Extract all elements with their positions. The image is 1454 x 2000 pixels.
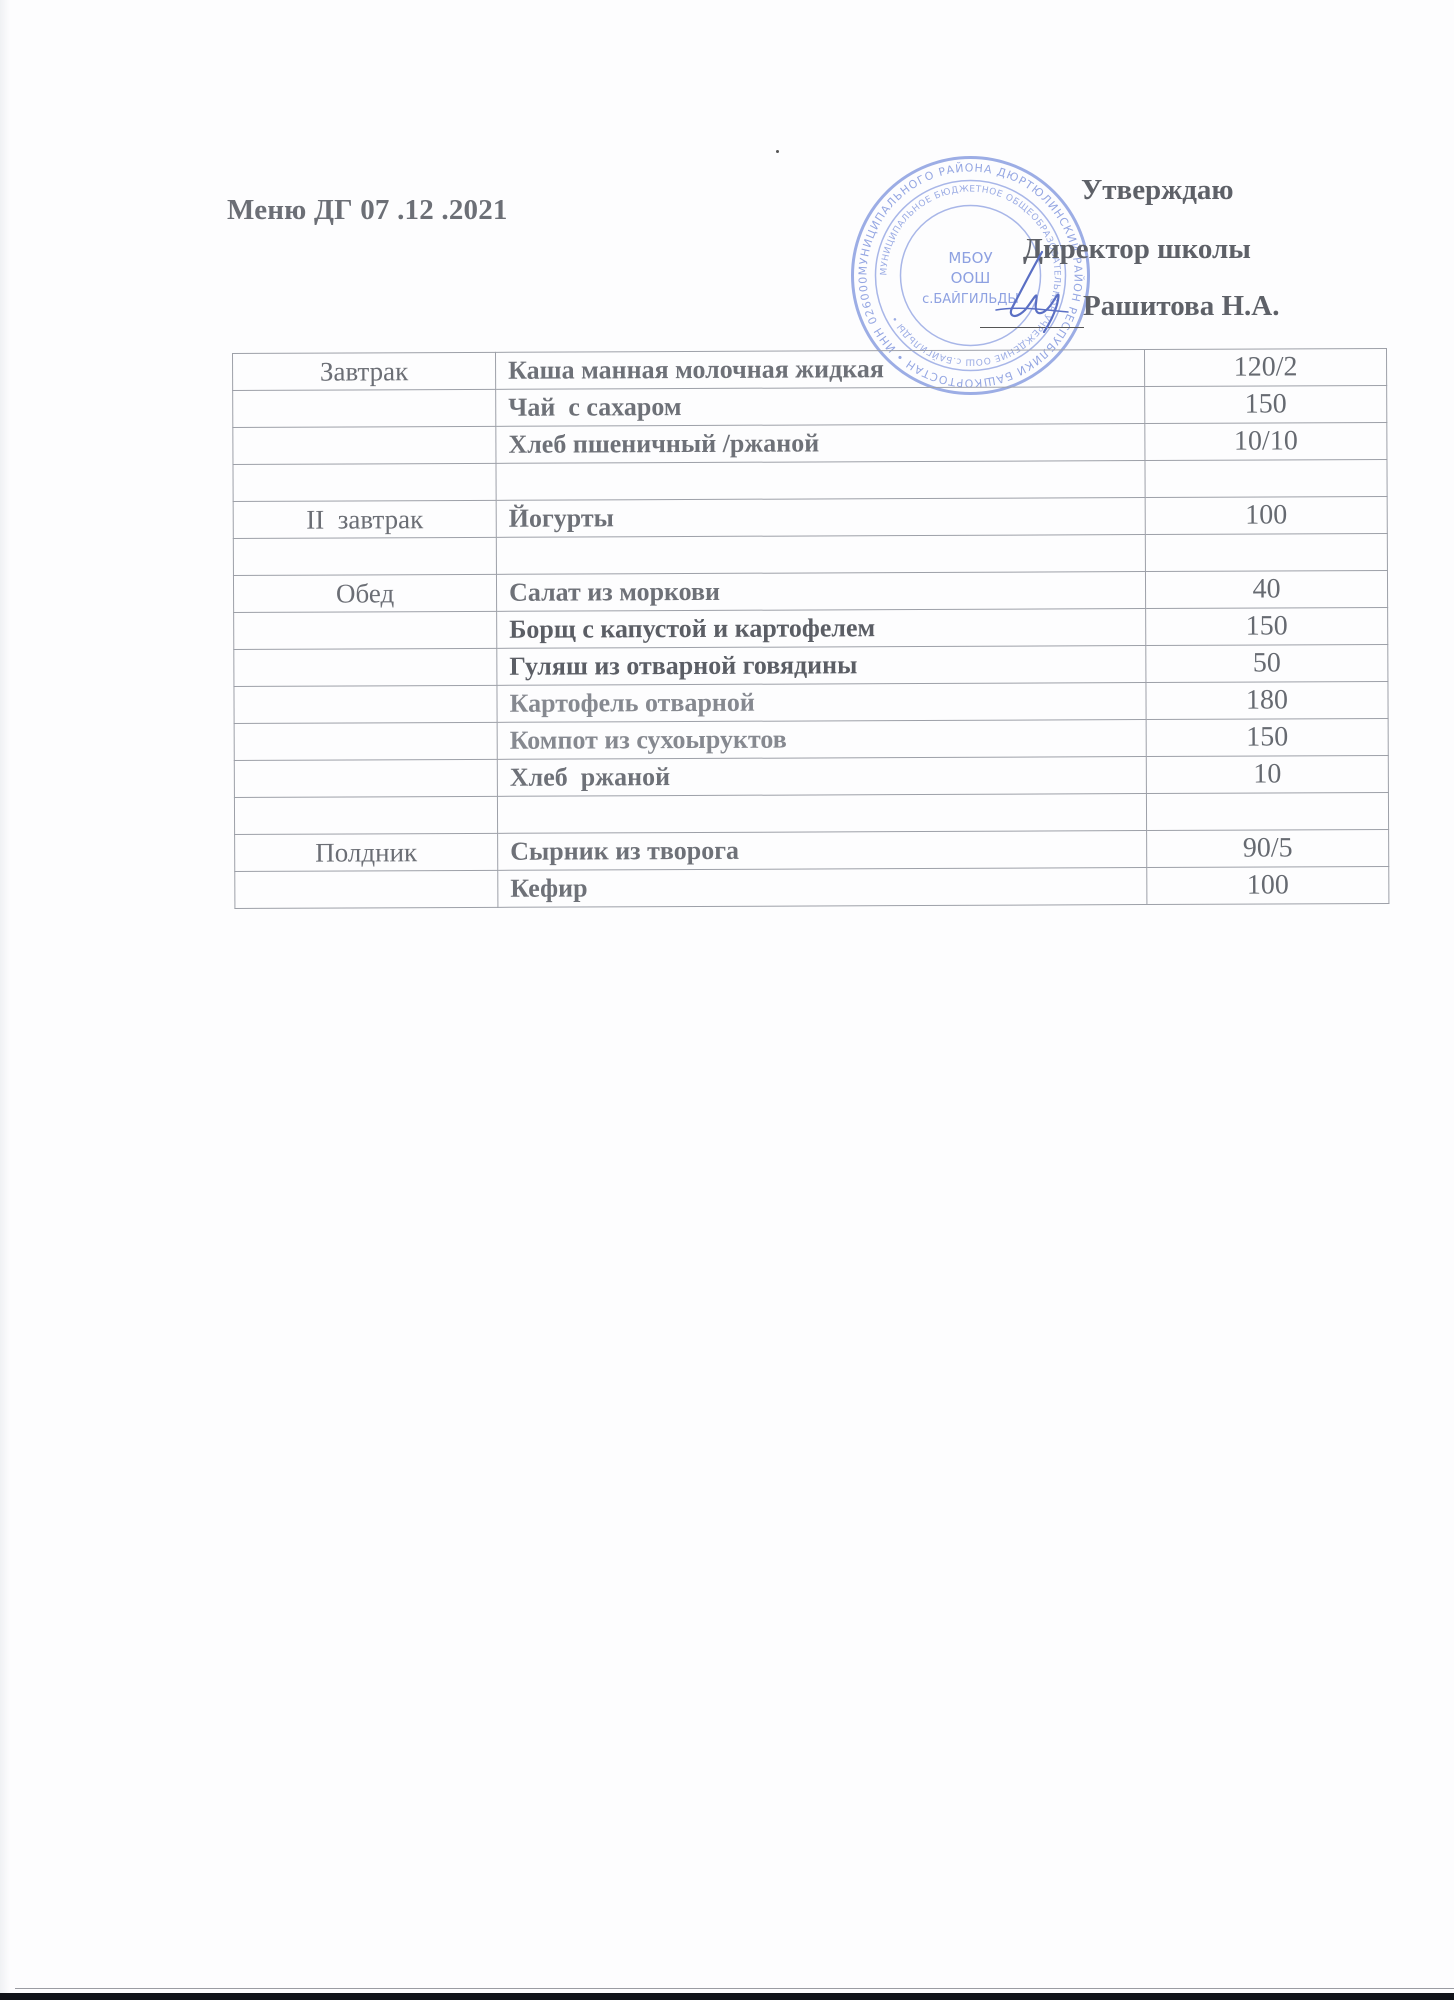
meal-cell: Полдник — [235, 833, 498, 871]
menu-row: Борщ с капустой и картофелем150 — [234, 607, 1388, 649]
portion-cell: 100 — [1147, 866, 1389, 904]
menu-row: Хлеб пшеничный /ржаной10/10 — [233, 422, 1387, 464]
menu-row: ПолдникСырник из творога90/5 — [235, 829, 1389, 871]
portion-cell — [1146, 792, 1388, 830]
meal-cell — [235, 870, 498, 908]
meal-cell — [233, 389, 496, 427]
meal-cell — [234, 611, 497, 649]
portion-cell: 150 — [1145, 385, 1387, 423]
dish-cell: Борщ с капустой и картофелем — [497, 609, 1146, 649]
meal-cell: Завтрак — [233, 352, 496, 390]
portion-cell: 10/10 — [1145, 422, 1387, 460]
meal-cell — [234, 685, 497, 723]
menu-row: Гуляш из отварной говядины50 — [234, 644, 1388, 686]
scan-page-edge — [0, 0, 10, 2000]
dish-cell: Сырник из творога — [498, 831, 1147, 871]
meal-cell: II завтрак — [233, 500, 496, 538]
handwritten-signature-icon — [990, 248, 1090, 333]
portion-cell: 150 — [1146, 718, 1388, 756]
dish-cell: Хлеб пшеничный /ржаной — [496, 424, 1145, 464]
menu-row — [234, 792, 1388, 834]
portion-cell: 90/5 — [1147, 829, 1389, 867]
dish-cell: Компот из сухоыруктов — [497, 720, 1146, 760]
portion-cell: 150 — [1146, 607, 1388, 645]
dish-cell: Каша манная молочная жидкая — [495, 350, 1144, 390]
scan-bottom-edge — [15, 1988, 1454, 1989]
meal-cell — [233, 537, 496, 575]
menu-row: ОбедСалат из моркови40 — [233, 570, 1387, 612]
menu-row: II завтракЙогурты100 — [233, 496, 1387, 538]
document-title: Меню ДГ 07 .12 .2021 — [227, 194, 508, 227]
portion-cell: 10 — [1146, 755, 1388, 793]
menu-row: Компот из сухоыруктов150 — [234, 718, 1388, 760]
dish-cell — [497, 794, 1146, 834]
meal-cell — [233, 426, 496, 464]
approver-name: Рашитова Н.А. — [1083, 290, 1279, 323]
portion-cell: 120/2 — [1144, 348, 1386, 386]
menu-row — [233, 459, 1387, 501]
meal-cell — [233, 463, 496, 501]
meal-cell — [234, 759, 497, 797]
menu-table: ЗавтракКаша манная молочная жидкая120/2Ч… — [232, 348, 1389, 909]
menu-row: Хлеб ржаной10 — [234, 755, 1388, 797]
stamp-center-line: ООШ — [951, 269, 991, 287]
dish-cell: Гуляш из отварной говядины — [497, 646, 1146, 686]
dish-cell: Хлеб ржаной — [497, 757, 1146, 797]
portion-cell: 40 — [1145, 570, 1387, 608]
approval-label: Утверждаю — [1081, 174, 1234, 207]
dish-cell: Салат из моркови — [496, 572, 1145, 612]
meal-cell: Обед — [233, 574, 496, 612]
dish-cell — [496, 535, 1145, 575]
stamp-center-line: МБОУ — [948, 249, 992, 267]
dish-cell: Картофель отварной — [497, 683, 1146, 723]
portion-cell — [1145, 533, 1387, 571]
menu-row: Чай с сахаром150 — [233, 385, 1387, 427]
meal-cell — [234, 648, 497, 686]
menu-row: Картофель отварной180 — [234, 681, 1388, 723]
portion-cell: 100 — [1145, 496, 1387, 534]
dish-cell — [496, 461, 1145, 501]
scan-bottom-bar — [0, 1993, 1454, 2000]
scan-dust-mark — [776, 150, 779, 153]
dish-cell: Чай с сахаром — [496, 387, 1145, 427]
portion-cell: 180 — [1146, 681, 1388, 719]
meal-cell — [234, 796, 497, 834]
menu-row: ЗавтракКаша манная молочная жидкая120/2 — [233, 348, 1387, 390]
dish-cell: Кефир — [498, 868, 1147, 908]
dish-cell: Йогурты — [496, 498, 1145, 538]
portion-cell: 50 — [1146, 644, 1388, 682]
menu-row: Кефир100 — [235, 866, 1389, 908]
menu-row — [233, 533, 1387, 575]
meal-cell — [234, 722, 497, 760]
portion-cell — [1145, 459, 1387, 497]
